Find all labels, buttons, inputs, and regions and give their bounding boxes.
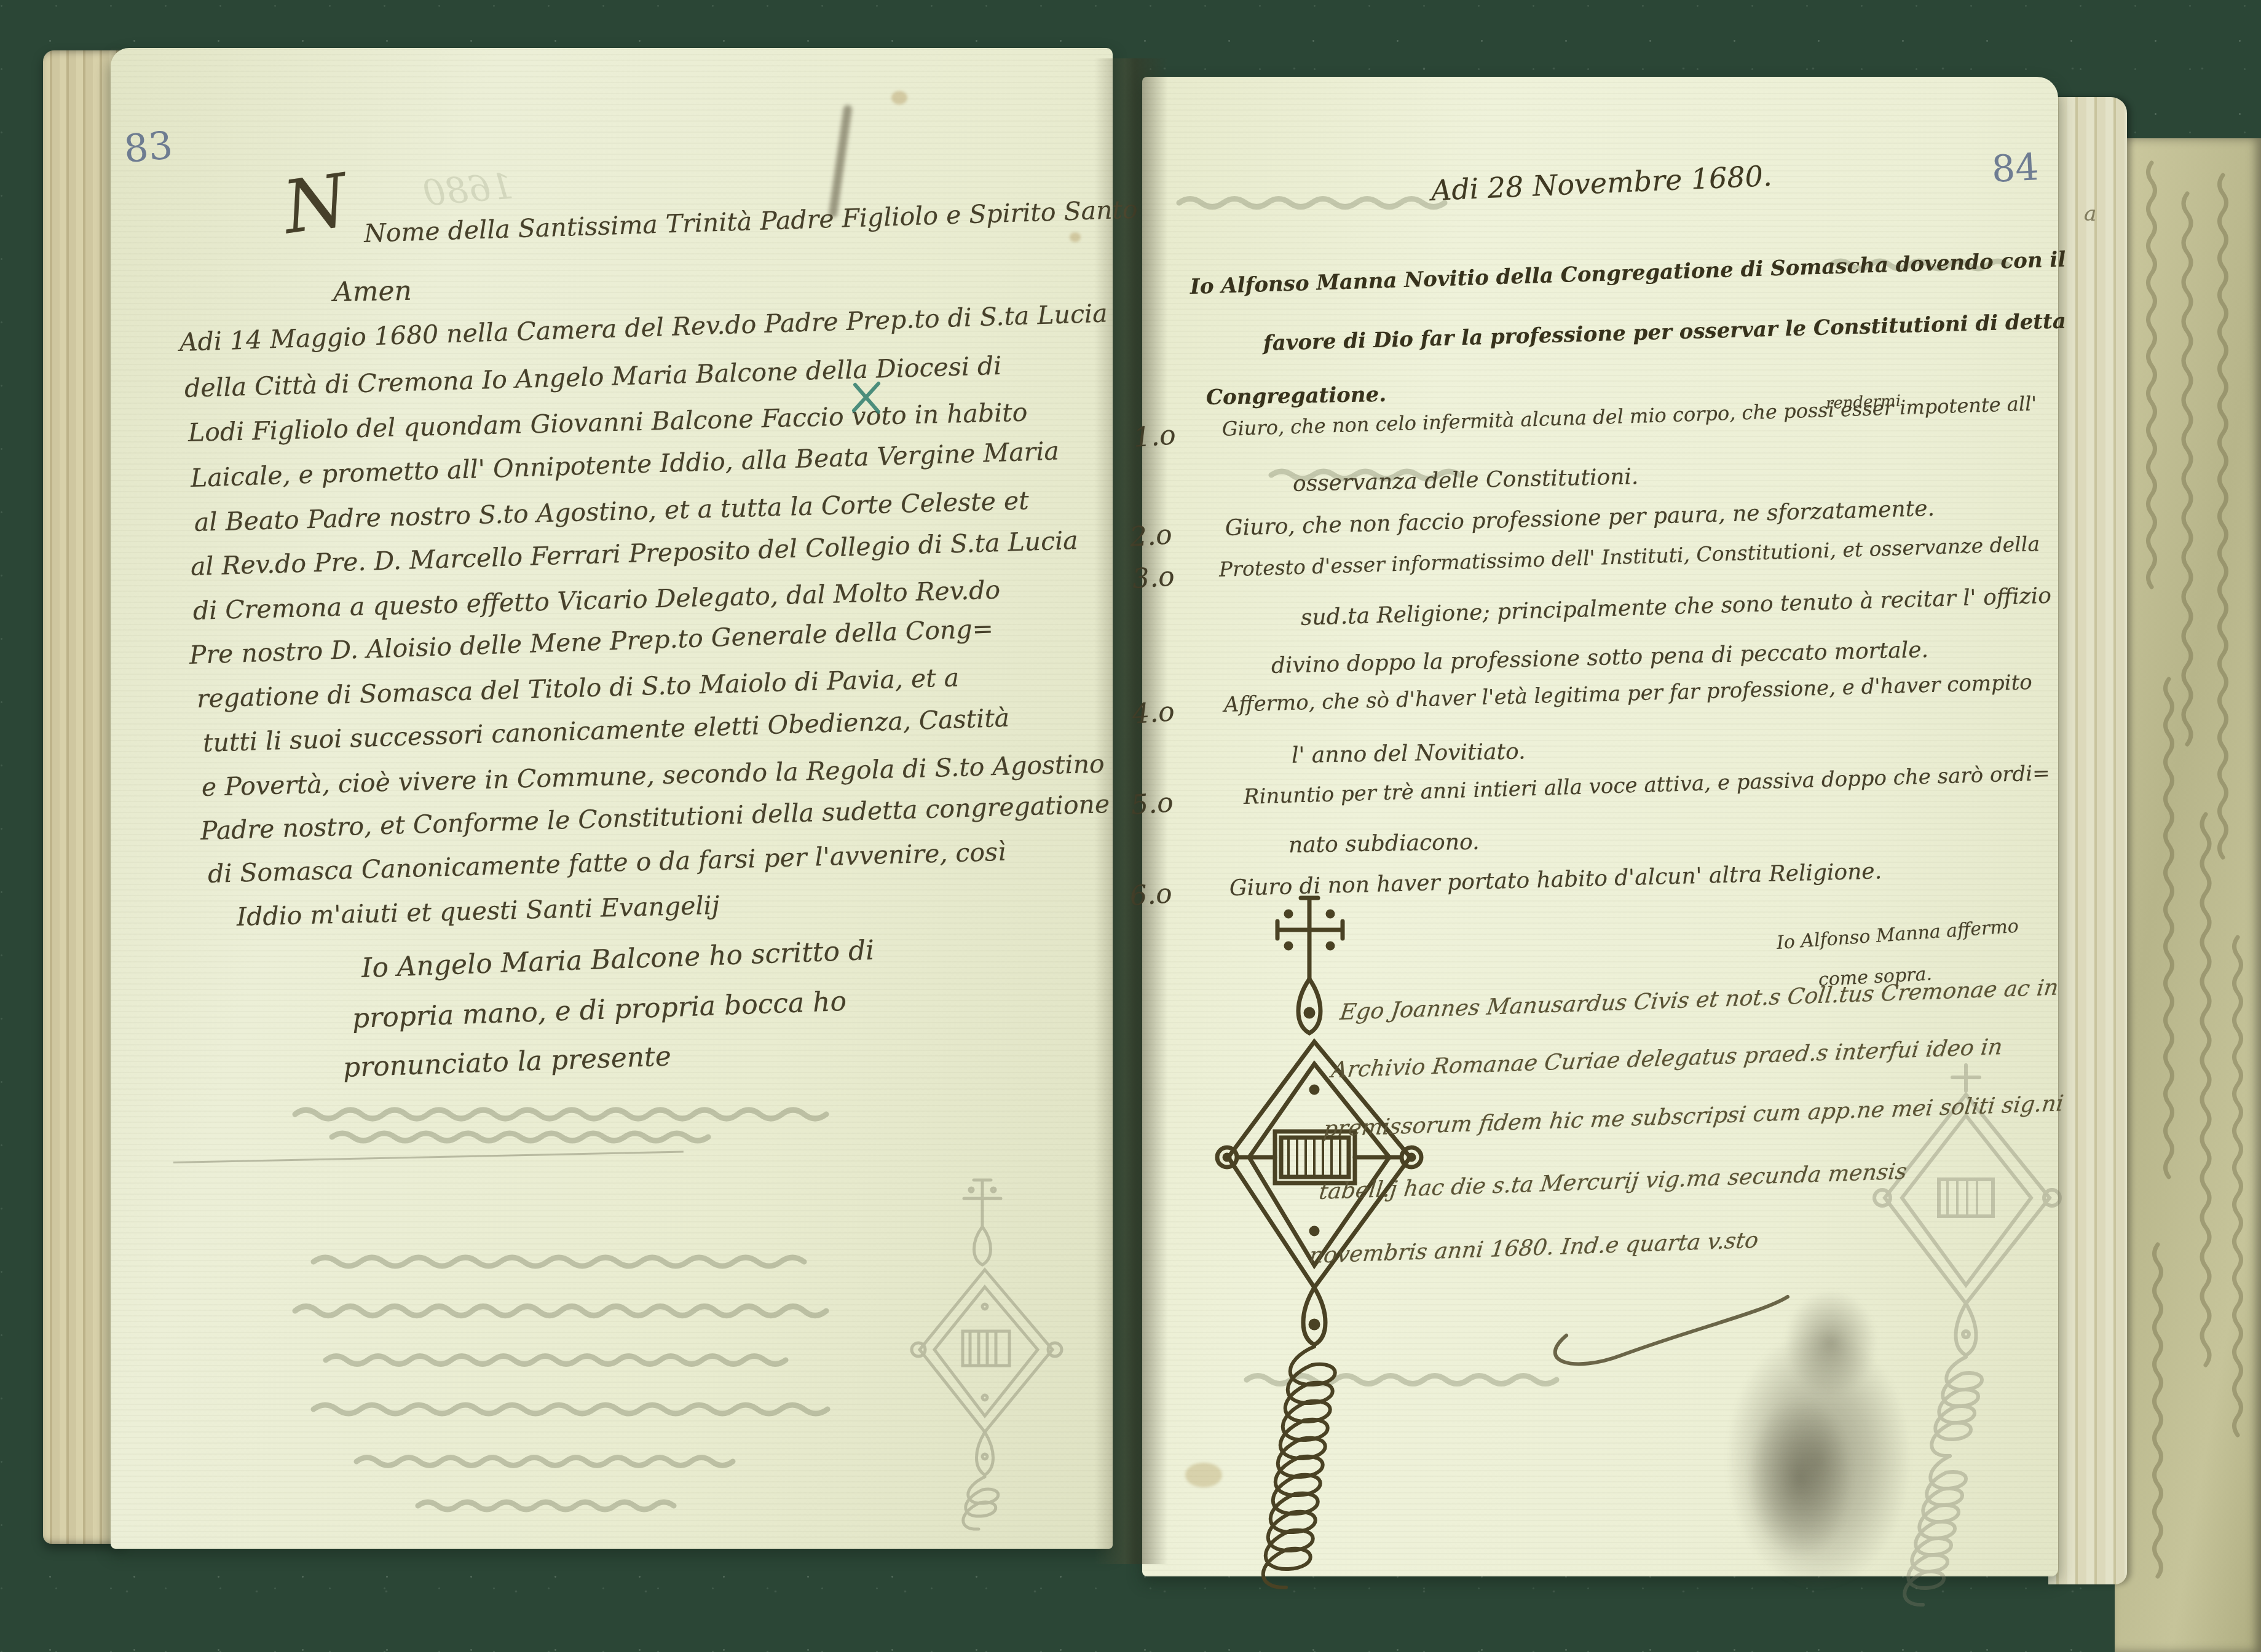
- decorated-initial: N: [278, 157, 352, 250]
- manuscript-page-84: 84 Adi 28 Novembre 1680. Io Alfonso Mann…: [1142, 77, 2058, 1576]
- item-number: 6.o: [1129, 878, 1173, 912]
- item-number: 5.o: [1130, 787, 1174, 821]
- item-number: 4.o: [1131, 696, 1175, 730]
- fox-spot: [891, 91, 907, 104]
- ink-stain: [1785, 1291, 1877, 1395]
- pen-flourish: [1555, 1297, 1788, 1364]
- page-number-left: 83: [122, 122, 175, 171]
- adjacent-parchment-leaf: [2115, 138, 2261, 1652]
- manuscript-page-83: 83 1680 N Nome della Santissima Trinità …: [111, 48, 1113, 1549]
- faint-notary-sign-icon: [910, 1173, 1070, 1548]
- item-number: 3.o: [1131, 560, 1175, 595]
- manuscript-line: nato subdiacono.: [1288, 830, 1480, 858]
- page-number-right: 84: [1991, 146, 2040, 191]
- leaf-faint-script: [2115, 138, 2261, 1652]
- item-number: 1.o: [1132, 419, 1177, 454]
- faint-notary-sign-icon: [1860, 1059, 2063, 1649]
- manuscript-scan-1680: { "scan": { "background_color": "#2b4636…: [0, 0, 2261, 1652]
- green-check-mark-icon: [851, 380, 883, 415]
- fox-spot: [1070, 232, 1081, 242]
- bleedthrough-year: 1680: [421, 165, 515, 214]
- fore-edge-letter: a: [2084, 202, 2096, 226]
- ink-stain: [1748, 1398, 1852, 1558]
- item-number: 2.o: [1129, 519, 1173, 553]
- manuscript-line: Congregatione.: [1206, 382, 1387, 410]
- manuscript-line: l' anno del Novitiato.: [1292, 739, 1526, 768]
- amen-line: Amen: [333, 275, 412, 308]
